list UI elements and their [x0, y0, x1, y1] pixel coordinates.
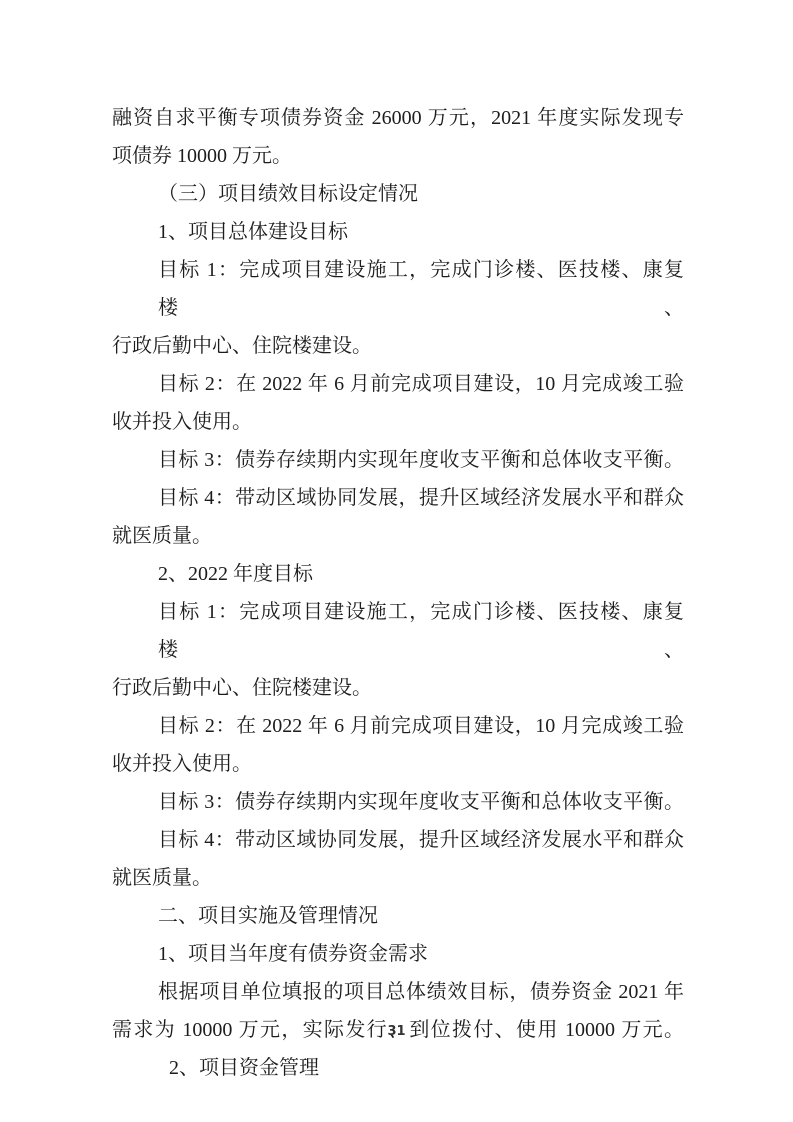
text-line: 就医质量。 — [112, 517, 684, 555]
text-line: 目标 2：在 2022 年 6 月前完成项目建设，10 月完成竣工验 — [112, 707, 684, 745]
text-line: 目标 4：带动区域协同发展，提升区域经济发展水平和群众 — [112, 479, 684, 517]
text-line: 项债券 10000 万元。 — [112, 137, 684, 175]
text-line: 2、2022 年度目标 — [112, 555, 684, 593]
text-line: 行政后勤中心、住院楼建设。 — [112, 327, 684, 365]
document-page: 融资自求平衡专项债券资金 26000 万元，2021 年度实际发现专项债券 10… — [0, 0, 793, 1122]
text-line: 根据项目单位填报的项目总体绩效目标，债券资金 2021 年 — [112, 973, 684, 1011]
text-line: 目标 4：带动区域协同发展，提升区域经济发展水平和群众 — [112, 821, 684, 859]
text-line: 融资自求平衡专项债券资金 26000 万元，2021 年度实际发现专 — [112, 99, 684, 137]
text-line: 目标 3：债券存续期内实现年度收支平衡和总体收支平衡。 — [112, 783, 684, 821]
text-line: 就医质量。 — [112, 859, 684, 897]
text-line: （三）项目绩效目标设定情况 — [112, 175, 684, 213]
text-line: 1、项目总体建设目标 — [112, 213, 684, 251]
text-line: 行政后勤中心、住院楼建设。 — [112, 669, 684, 707]
text-line: 收并投入使用。 — [112, 745, 684, 783]
text-line: 目标 2：在 2022 年 6 月前完成项目建设，10 月完成竣工验 — [112, 365, 684, 403]
text-line: 二、项目实施及管理情况 — [112, 897, 684, 935]
text-line: 1、项目当年度有债券资金需求 — [112, 935, 684, 973]
text-line: 目标 1：完成项目建设施工，完成门诊楼、医技楼、康复楼、 — [112, 251, 684, 327]
page-number: 31 — [0, 1024, 793, 1039]
document-body: 融资自求平衡专项债券资金 26000 万元，2021 年度实际发现专项债券 10… — [112, 99, 684, 1087]
text-line: 目标 3：债券存续期内实现年度收支平衡和总体收支平衡。 — [112, 441, 684, 479]
text-line: 2、项目资金管理 — [112, 1049, 684, 1087]
text-line: 收并投入使用。 — [112, 403, 684, 441]
text-line: 目标 1：完成项目建设施工，完成门诊楼、医技楼、康复楼、 — [112, 593, 684, 669]
